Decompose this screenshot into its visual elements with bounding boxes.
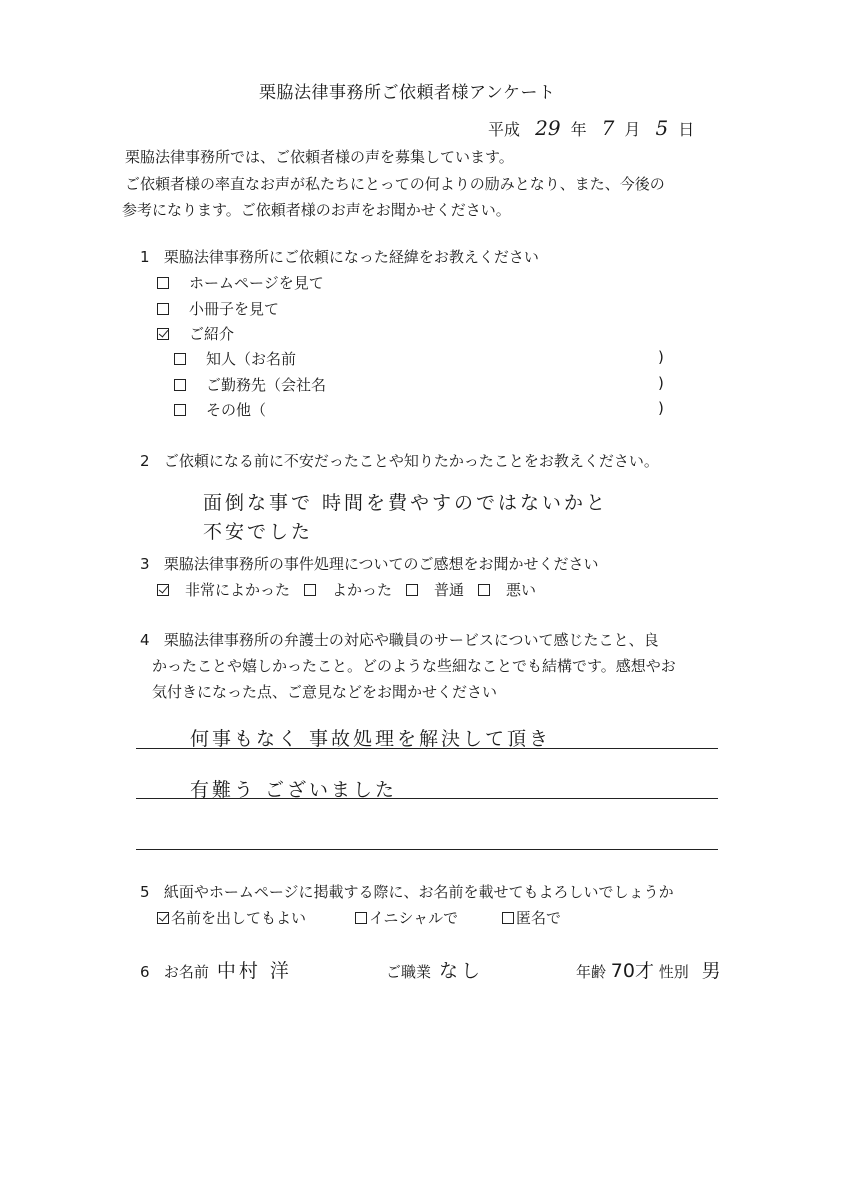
rating-good[interactable]: よかった bbox=[304, 579, 392, 600]
question-1: 1 栗脇法律事務所にご依頼になった経緯をお教えください bbox=[140, 246, 539, 267]
q3-rating-options: 非常によかった よかった 普通 悪い bbox=[157, 579, 550, 600]
question-text: 栗脇法律事務所にご依頼になった経緯をお教えください bbox=[164, 248, 539, 266]
option-label: ご勤務先（会社名 bbox=[206, 374, 326, 395]
survey-date: 平成 29年 7月 5日 bbox=[488, 116, 694, 140]
q5-option-anonymous[interactable]: 匿名で bbox=[502, 907, 561, 928]
q1-sub-option-other[interactable]: その他（ bbox=[174, 399, 266, 420]
q5-option-initials[interactable]: イニシャルで bbox=[355, 907, 458, 928]
option-label: 悪い bbox=[506, 579, 536, 600]
question-5: 5 紙面やホームページに掲載する際に、お名前を載せてもよろしいでしょうか bbox=[140, 881, 674, 902]
date-month-unit: 月 bbox=[624, 120, 640, 139]
question-number: 6 bbox=[140, 963, 150, 981]
checkbox-checked-icon[interactable] bbox=[157, 328, 169, 340]
checkbox-icon[interactable] bbox=[157, 277, 169, 289]
q1-sub-option-workplace[interactable]: ご勤務先（会社名 bbox=[174, 374, 326, 395]
checkbox-icon[interactable] bbox=[304, 584, 316, 596]
rating-very-good[interactable]: 非常によかった bbox=[157, 579, 290, 600]
q1-option-booklet[interactable]: 小冊子を見て bbox=[157, 298, 279, 319]
option-label: イニシャルで bbox=[369, 907, 458, 928]
intro-line-3: 参考になります。ご依頼者様のお声をお聞かせください。 bbox=[122, 199, 511, 220]
option-label: よかった bbox=[332, 579, 392, 600]
age-label: 年齢 bbox=[576, 963, 606, 981]
question-number: 2 bbox=[140, 452, 150, 470]
option-label: 非常によかった bbox=[185, 579, 290, 600]
checkbox-icon[interactable] bbox=[355, 912, 367, 924]
question-3: 3 栗脇法律事務所の事件処理についてのご感想をお聞かせください bbox=[140, 553, 599, 574]
checkbox-checked-icon[interactable] bbox=[157, 912, 169, 924]
q1-sub-option-acquaintance[interactable]: 知人（お名前 bbox=[174, 348, 296, 369]
rating-bad[interactable]: 悪い bbox=[478, 579, 536, 600]
option-label: ご紹介 bbox=[189, 323, 234, 344]
date-year: 29 bbox=[535, 116, 560, 140]
q4-answer-line-1: 何事もなく 事故処理を解決して頂き bbox=[190, 724, 551, 751]
close-paren: ) bbox=[658, 374, 664, 392]
option-label: ホームページを見て bbox=[189, 272, 324, 293]
gender-label: 性別 bbox=[659, 963, 689, 981]
age-value: 70才 bbox=[611, 960, 654, 982]
option-label: 普通 bbox=[434, 579, 464, 600]
checkbox-icon[interactable] bbox=[174, 404, 186, 416]
name-label: お名前 bbox=[164, 963, 209, 981]
question-6: 6 お名前中村 洋 bbox=[140, 956, 292, 983]
close-paren: ) bbox=[658, 348, 664, 366]
question-text: 栗脇法律事務所の事件処理についてのご感想をお聞かせください bbox=[164, 555, 599, 573]
age-gender-field: 年齢 70才 性別 男 bbox=[576, 956, 724, 983]
close-paren: ) bbox=[658, 399, 664, 417]
checkbox-icon[interactable] bbox=[406, 584, 418, 596]
option-label: 小冊子を見て bbox=[189, 298, 279, 319]
page-title: 栗脇法律事務所ご依頼者様アンケート bbox=[259, 78, 555, 103]
question-4-line-3: 気付きになった点、ご意見などをお聞かせください bbox=[152, 681, 497, 702]
rating-average[interactable]: 普通 bbox=[406, 579, 464, 600]
occupation-field: ご職業なし bbox=[386, 956, 483, 983]
question-number: 3 bbox=[140, 555, 150, 573]
occupation-label: ご職業 bbox=[386, 963, 431, 981]
answer-underline bbox=[136, 748, 718, 749]
q5-option-name-ok[interactable]: 名前を出してもよい bbox=[157, 907, 306, 928]
answer-underline bbox=[136, 849, 718, 850]
gender-value: 男 bbox=[702, 960, 724, 982]
intro-line-2: ご依頼者様の率直なお声が私たちにとっての何よりの励みとなり、また、今後の bbox=[125, 173, 665, 194]
checkbox-icon[interactable] bbox=[502, 912, 514, 924]
answer-underline bbox=[136, 798, 718, 799]
checkbox-icon[interactable] bbox=[174, 353, 186, 365]
date-month: 7 bbox=[602, 116, 615, 140]
checkbox-icon[interactable] bbox=[157, 303, 169, 315]
option-label: 知人（お名前 bbox=[206, 348, 296, 369]
question-number: 5 bbox=[140, 883, 150, 901]
question-4: 4 栗脇法律事務所の弁護士の対応や職員のサービスについて感じたこと、良 bbox=[140, 629, 659, 650]
q1-option-homepage[interactable]: ホームページを見て bbox=[157, 272, 324, 293]
date-era: 平成 bbox=[488, 120, 520, 139]
option-label: その他（ bbox=[206, 399, 266, 420]
question-number: 1 bbox=[140, 248, 150, 266]
question-text: ご依頼になる前に不安だったことや知りたかったことをお教えください。 bbox=[164, 452, 659, 470]
question-2: 2 ご依頼になる前に不安だったことや知りたかったことをお教えください。 bbox=[140, 450, 659, 471]
question-text: 栗脇法律事務所の弁護士の対応や職員のサービスについて感じたこと、良 bbox=[164, 631, 659, 649]
intro-line-1: 栗脇法律事務所では、ご依頼者様の声を募集しています。 bbox=[125, 146, 514, 167]
q2-answer-line-2: 不安でした bbox=[203, 517, 313, 544]
checkbox-icon[interactable] bbox=[478, 584, 490, 596]
date-year-unit: 年 bbox=[571, 120, 587, 139]
option-label: 名前を出してもよい bbox=[171, 907, 306, 928]
checkbox-checked-icon[interactable] bbox=[157, 584, 169, 596]
date-day: 5 bbox=[656, 116, 669, 140]
q2-answer-line-1: 面倒な事で 時間を費やすのではないかと bbox=[203, 488, 608, 515]
occupation-value: なし bbox=[439, 960, 483, 982]
option-label: 匿名で bbox=[516, 907, 561, 928]
name-value: 中村 洋 bbox=[217, 960, 292, 982]
date-day-unit: 日 bbox=[678, 120, 694, 139]
q1-option-referral[interactable]: ご紹介 bbox=[157, 323, 234, 344]
checkbox-icon[interactable] bbox=[174, 379, 186, 391]
question-number: 4 bbox=[140, 631, 150, 649]
question-text: 紙面やホームページに掲載する際に、お名前を載せてもよろしいでしょうか bbox=[164, 883, 674, 901]
question-4-line-2: かったことや嬉しかったこと。どのような些細なことでも結構です。感想やお bbox=[152, 655, 676, 676]
